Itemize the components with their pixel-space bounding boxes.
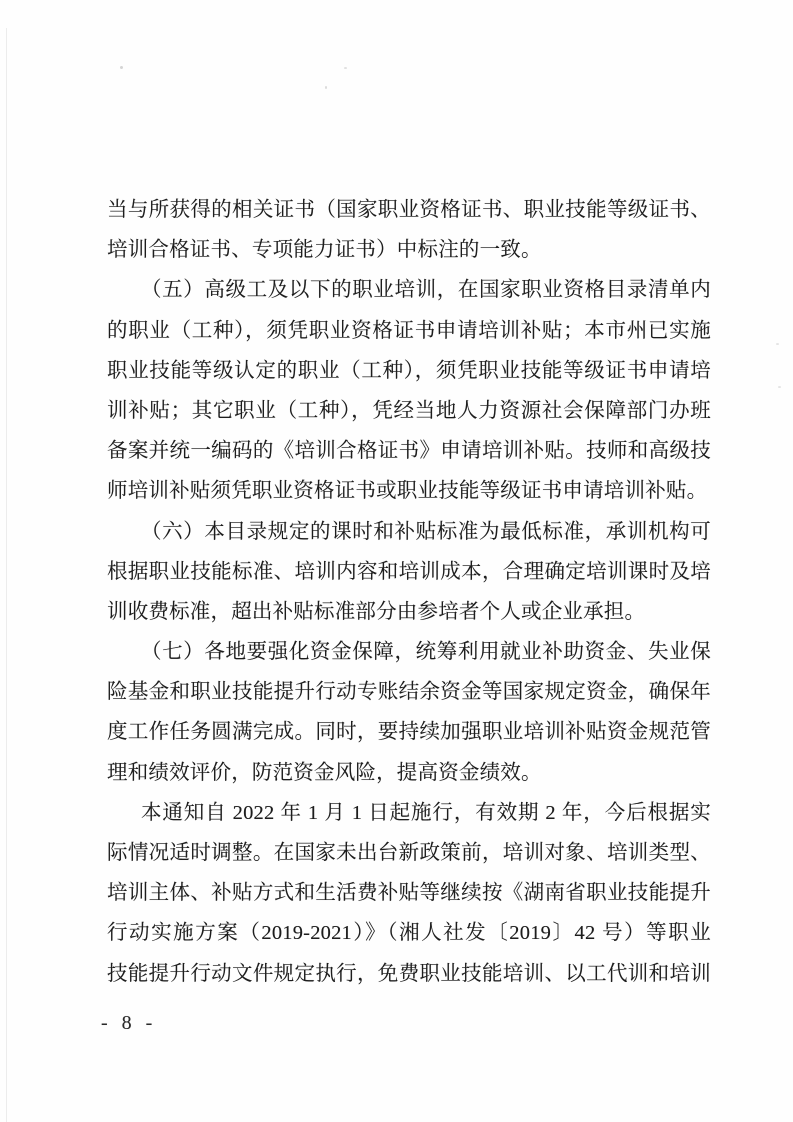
scan-speck (778, 386, 781, 388)
paragraph: 当与所获得的相关证书（国家职业资格证书、职业技能等级证书、培训合格证书、专项能力… (107, 190, 711, 270)
document-page: 当与所获得的相关证书（国家职业资格证书、职业技能等级证书、培训合格证书、专项能力… (0, 0, 793, 1122)
scan-speck (120, 66, 123, 69)
text-line: 培训合格证书、专项能力证书）中标注的一致。 (107, 230, 711, 270)
text-line: 训补贴；其它职业（工种），凭经当地人力资源社会保障部门办班 (107, 391, 711, 431)
page-number: - 8 - (101, 1012, 153, 1035)
text-line: （七）各地要强化资金保障，统筹利用就业补助资金、失业保 (107, 632, 711, 672)
scan-speck (776, 343, 779, 345)
text-line: 职业技能等级认定的职业（工种），须凭职业技能等级证书申请培 (107, 351, 711, 391)
scan-speck (325, 86, 327, 89)
text-line: 训收费标准，超出补贴标准部分由参培者个人或企业承担。 (107, 592, 711, 632)
paragraph: （六）本目录规定的课时和补贴标准为最低标准，承训机构可根据职业技能标准、培训内容… (107, 512, 711, 633)
paragraph: 本通知自 2022 年 1 月 1 日起施行，有效期 2 年，今后根据实际情况适… (107, 793, 711, 994)
text-line: 备案并统一编码的《培训合格证书》申请培训补贴。技师和高级技 (107, 431, 711, 471)
text-line: 培训主体、补贴方式和生活费补贴等继续按《湖南省职业技能提升 (107, 873, 711, 913)
text-line: 本通知自 2022 年 1 月 1 日起施行，有效期 2 年，今后根据实 (107, 793, 711, 833)
text-line: （五）高级工及以下的职业培训，在国家职业资格目录清单内 (107, 270, 711, 310)
paragraph: （七）各地要强化资金保障，统筹利用就业补助资金、失业保险基金和职业技能提升行动专… (107, 632, 711, 793)
text-line: 根据职业技能标准、培训内容和培训成本，合理确定培训课时及培 (107, 552, 711, 592)
text-line: 险基金和职业技能提升行动专账结余资金等国家规定资金，确保年 (107, 672, 711, 712)
text-line: 行动实施方案（2019-2021）》（湘人社发〔2019〕42 号）等职业 (107, 913, 711, 953)
paragraph: （五）高级工及以下的职业培训，在国家职业资格目录清单内的职业（工种），须凭职业资… (107, 270, 711, 511)
text-line: 当与所获得的相关证书（国家职业资格证书、职业技能等级证书、 (107, 190, 711, 230)
scan-speck (344, 67, 347, 69)
text-line: 度工作任务圆满完成。同时，要持续加强职业培训补贴资金规范管 (107, 712, 711, 752)
text-line: 际情况适时调整。在国家未出台新政策前，培训对象、培训类型、 (107, 833, 711, 873)
document-body: 当与所获得的相关证书（国家职业资格证书、职业技能等级证书、培训合格证书、专项能力… (107, 190, 711, 994)
scan-edge-line (6, 28, 7, 1122)
text-line: （六）本目录规定的课时和补贴标准为最低标准，承训机构可 (107, 512, 711, 552)
text-line: 师培训补贴须凭职业资格证书或职业技能等级证书申请培训补贴。 (107, 471, 711, 511)
text-line: 技能提升行动文件规定执行，免费职业技能培训、以工代训和培训 (107, 954, 711, 994)
text-line: 的职业（工种），须凭职业资格证书申请培训补贴；本市州已实施 (107, 311, 711, 351)
text-line: 理和绩效评价，防范资金风险，提高资金绩效。 (107, 753, 711, 793)
